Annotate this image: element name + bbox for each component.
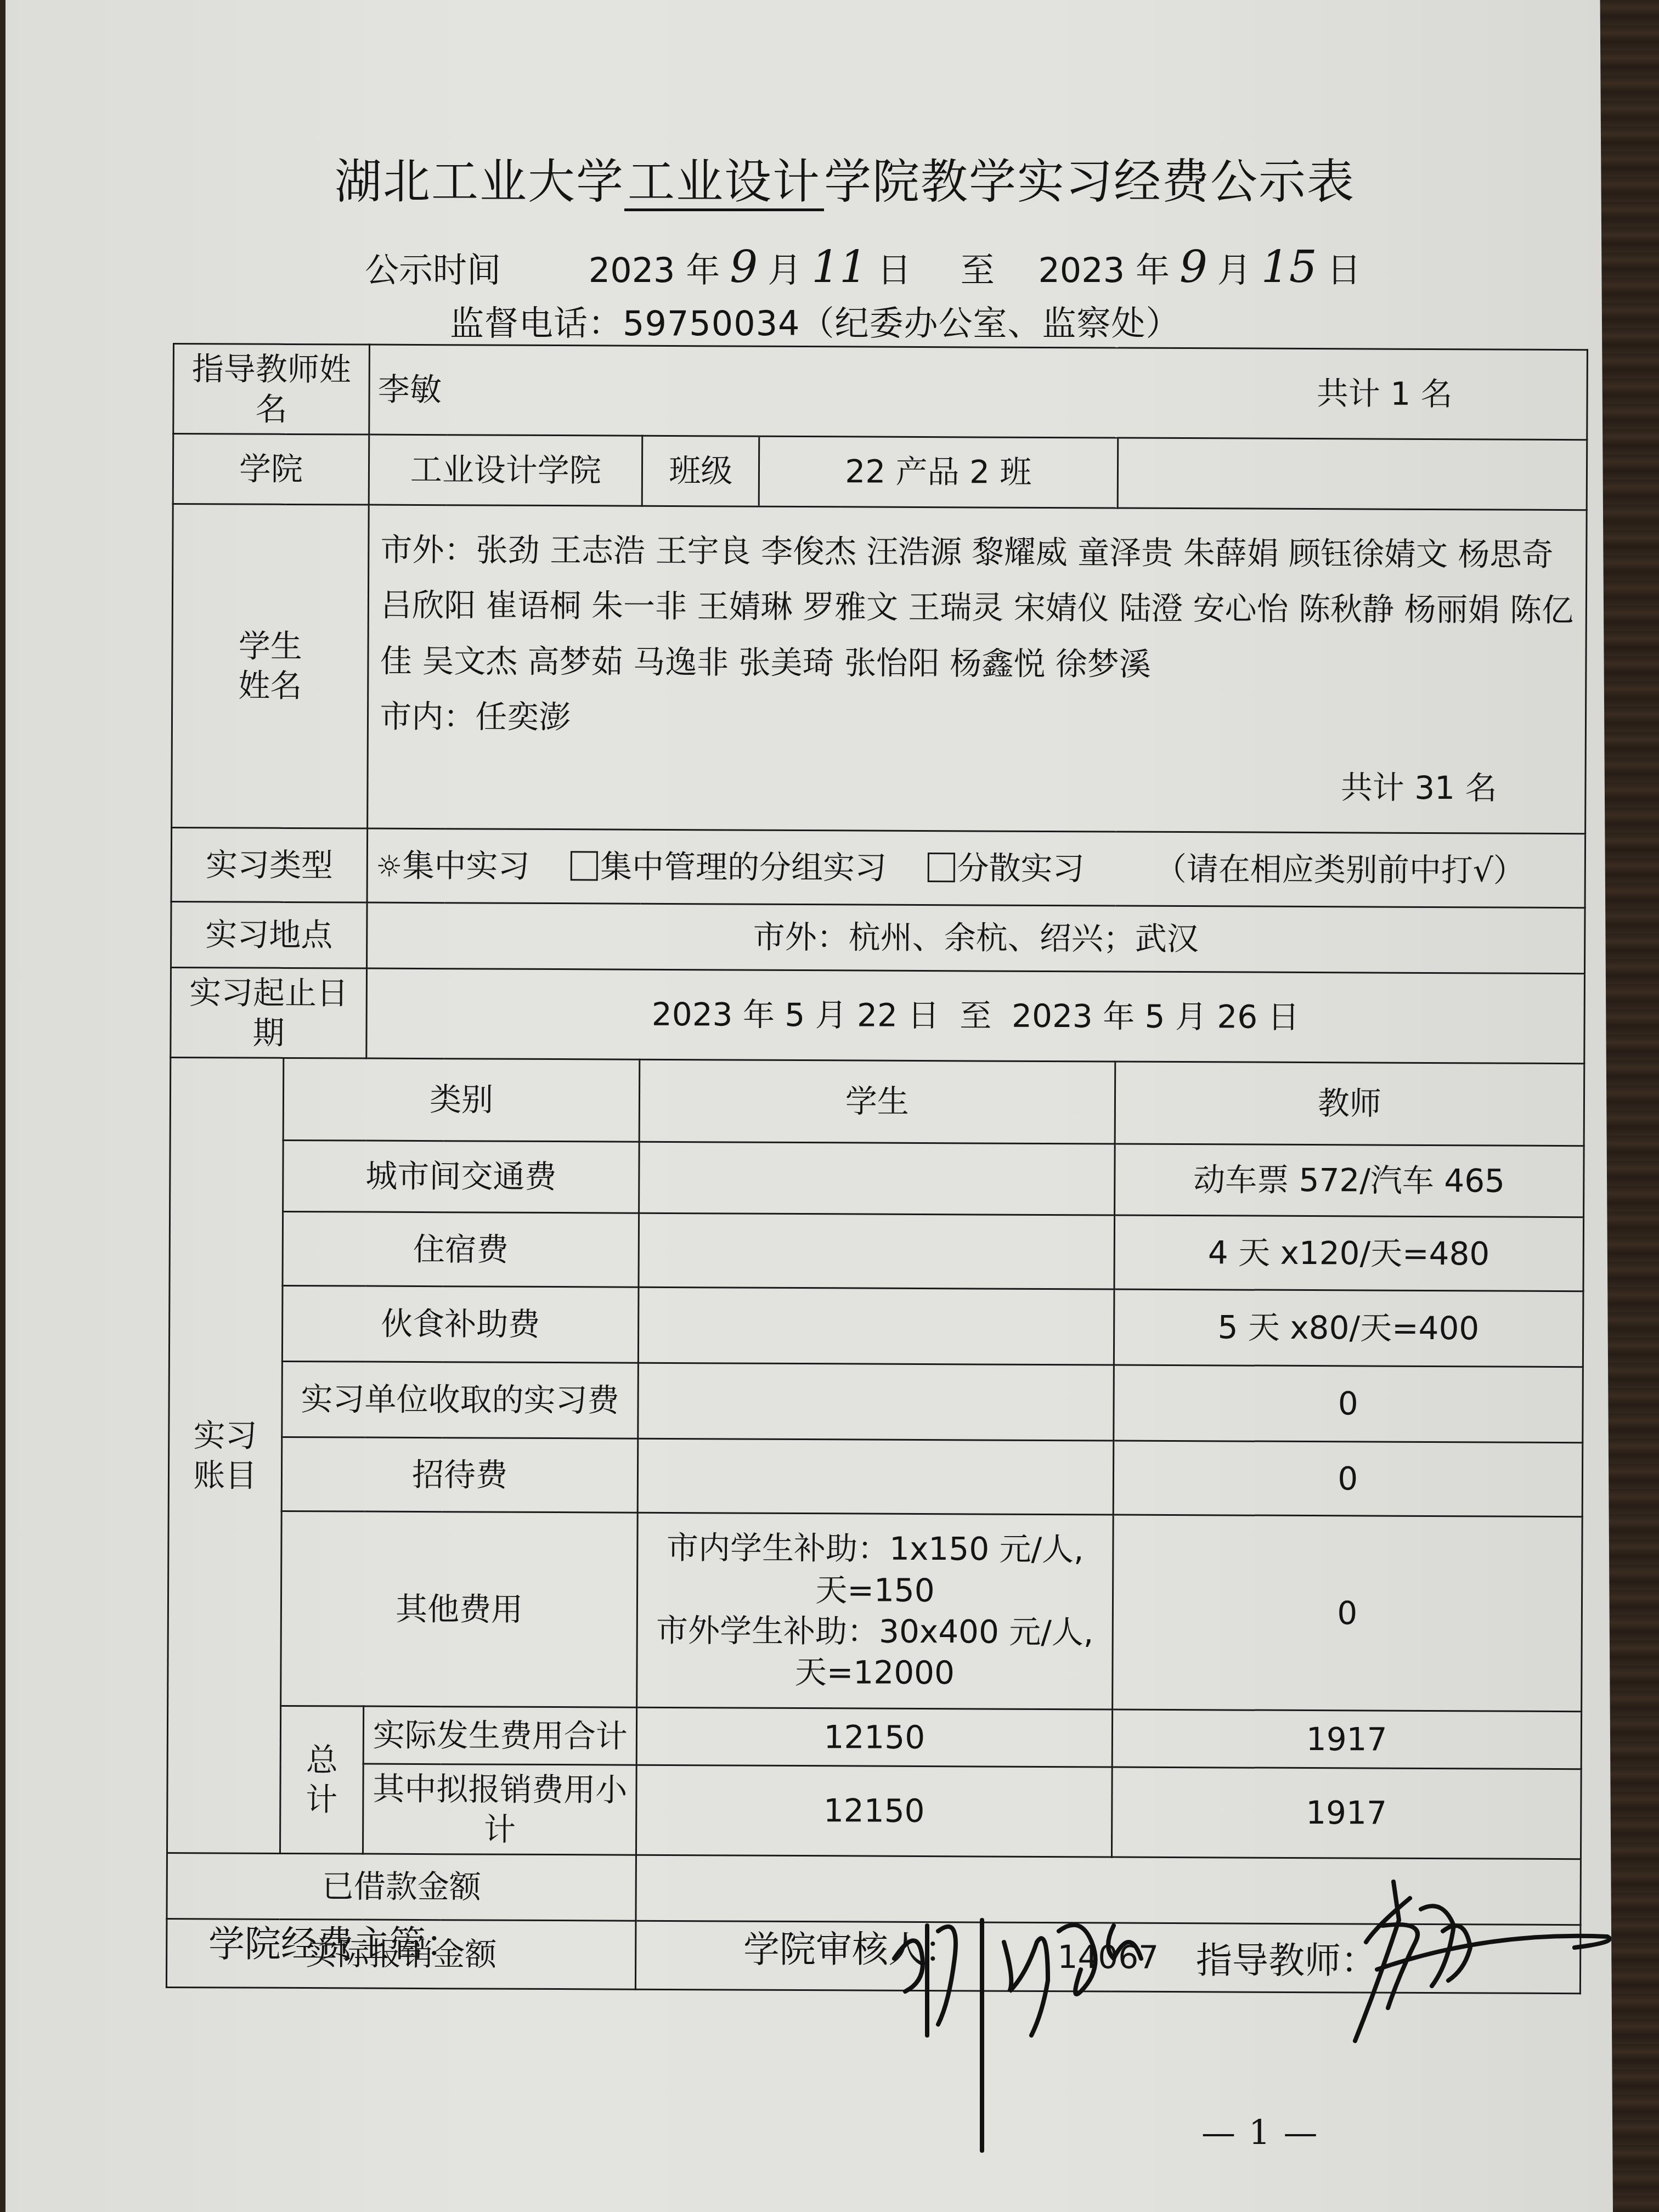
outside-city-prefix: 市外： [381,531,476,568]
class-label-text: 班级 [643,437,760,505]
account-student-value: 市内学生补助：1x150 元/人, 天=150 市外学生补助：30x400 元/… [637,1513,1113,1709]
account-teacher-value: 0 [1113,1441,1583,1517]
totals-label: 总 计 [280,1706,364,1854]
account-student-value [639,1213,1114,1289]
account-category: 招待费 [281,1437,638,1513]
expense-form-table: 指导教师姓名 李敏 共计 1 名 学院 工业设计学院 班级 22 产品 2 班 [166,343,1588,1994]
total-reimburse-student: 12150 [636,1765,1112,1857]
total-reimburse-row: 其中拟报销费用小计 12150 1917 [167,1763,1581,1859]
header-teacher: 教师 [1115,1062,1584,1146]
inside-city-names: 任奕澎 [475,698,571,736]
finance-supervisor-label: 学院经费主管： [208,1915,462,1967]
option-centralized[interactable]: ☼集中实习 [376,847,530,884]
dates-label: 实习起止日期 [171,967,367,1058]
account-row: 城市间交通费 动车票 572/汽车 465 [170,1139,1584,1217]
total-reimburse-label: 其中拟报销费用小计 [363,1764,637,1855]
internship-type-options: ☼集中实习 集中管理的分组实习 分散实习 （请在相应类别前中打√） [367,828,1585,908]
teacher-row: 指导教师姓名 李敏 共计 1 名 [173,344,1588,440]
inside-city-prefix: 市内： [380,698,475,736]
outside-city-students: 市外：张劲 王志浩 王宇良 李俊杰 汪浩源 黎耀威 童泽贵 朱薛娟 顾钰徐婧文 … [380,522,1575,694]
total-reimburse-teacher: 1917 [1111,1767,1581,1859]
publication-time: 公示时间 2023 年9月11日 至 2023 年9月15日 [365,241,1371,292]
totals-label-line1: 总 [289,1740,355,1780]
outside-city-names: 张劲 王志浩 王宇良 李俊杰 汪浩源 黎耀威 童泽贵 朱薛娟 顾钰徐婧文 杨思奇… [380,531,1574,682]
totals-label-line2: 计 [289,1780,355,1820]
other-outside-subsidy-line1: 市外学生补助：30x400 元/人, [646,1610,1104,1654]
account-row-other: 其他费用 市内学生补助：1x150 元/人, 天=150 市外学生补助：30x4… [168,1510,1583,1711]
students-label: 学生 姓名 [172,504,369,828]
advisor-signature-icon [1344,1876,1618,2052]
reviewer-signature-icon [883,1893,1190,2156]
teacher-value-cell: 李敏 共计 1 名 [369,345,1587,440]
class-value: 22 产品 2 班 [760,437,1117,507]
checkbox-icon [927,853,955,882]
account-student-value [639,1287,1114,1365]
account-row: 招待费 0 [168,1436,1583,1516]
document-title: 湖北工业大学工业设计学院教学实习经费公示表 [269,144,1421,212]
start-month-unit: 月 [768,250,802,290]
end-day-unit: 日 [1327,250,1361,290]
to-label: 至 [961,250,995,290]
account-category: 其他费用 [280,1511,637,1707]
option-group-managed[interactable]: 集中管理的分组实习 [571,848,887,887]
teacher-count: 共计 1 名 [1317,374,1453,414]
teacher-name: 李敏 [378,370,442,410]
publication-time-label: 公示时间 [365,250,501,290]
inside-city-students: 市内：任奕澎 [380,689,1574,750]
class-value-cont [1118,438,1587,510]
account-student-value [638,1363,1114,1441]
account-category: 城市间交通费 [283,1140,639,1213]
title-college-fill: 工业设计 [624,156,824,211]
internship-type-note: （请在相应类别前中打√） [1155,850,1525,889]
other-inside-subsidy-line1: 市内学生补助：1x150 元/人, [646,1527,1105,1571]
account-teacher-value: 0 [1112,1515,1582,1712]
header-student: 学生 [640,1059,1115,1144]
total-actual-label: 实际发生费用合计 [364,1706,637,1765]
accounts-label-line1: 实习 [177,1415,273,1455]
header-category: 类别 [283,1058,640,1142]
checkbox-icon [571,851,598,881]
end-month-handwritten: 9 [1180,241,1207,292]
students-count: 共计 31 名 [380,755,1574,816]
paper-sheet: 湖北工业大学工业设计学院教学实习经费公示表 公示时间 2023 年9月11日 至… [5,0,1613,2212]
start-day-handwritten: 11 [811,241,867,292]
option-scattered[interactable]: 分散实习 [927,849,1084,887]
class-label: 班级 22 产品 2 班 [642,436,1118,507]
college-row: 学院 工业设计学院 班级 22 产品 2 班 [173,434,1587,510]
location-row: 实习地点 市外：杭州、余杭、绍兴；武汉 [171,901,1585,973]
end-year: 2023 年 [1038,250,1170,290]
supervision-phone: 监督电话：59750034（纪委办公室、监察处） [450,296,1181,345]
college-label: 学院 [173,434,369,505]
total-actual-teacher: 1917 [1112,1709,1582,1769]
account-teacher-value: 0 [1113,1365,1583,1443]
internship-type-label: 实习类型 [171,827,368,902]
account-teacher-value: 5 天 x80/天=400 [1114,1289,1583,1367]
page-number: —1— [1201,2112,1330,2152]
end-month-unit: 月 [1217,250,1251,290]
start-month-handwritten: 9 [730,241,758,292]
dates-value: 2023 年 5 月 22 日 至 2023 年 5 月 26 日 [366,968,1584,1064]
accounts-section-label: 实习 账目 [167,1057,283,1853]
account-category: 伙食补助费 [282,1285,639,1363]
title-prefix: 湖北工业大学 [335,155,624,210]
borrowed-label: 已借款金额 [167,1853,636,1921]
location-label: 实习地点 [171,901,368,968]
option-group-managed-label: 集中管理的分组实习 [600,848,887,886]
other-inside-subsidy-line2: 天=150 [646,1568,1104,1612]
college-value: 工业设计学院 [369,435,643,506]
account-teacher-value: 动车票 572/汽车 465 [1114,1144,1584,1217]
sun-mark-icon: ☼ [376,849,403,883]
account-category: 住宿费 [283,1211,639,1287]
internship-type-row: 实习类型 ☼集中实习 集中管理的分组实习 分散实习 （请在相应类别前中打√） [171,827,1585,907]
total-actual-student: 12150 [637,1707,1113,1767]
account-row: 伙食补助费 5 天 x80/天=400 [169,1285,1583,1367]
location-value: 市外：杭州、余杭、绍兴；武汉 [367,902,1585,974]
start-day-unit: 日 [877,250,911,290]
accounts-header-row: 实习 账目 类别 学生 教师 [170,1057,1584,1145]
account-row: 住宿费 4 天 x120/天=480 [170,1211,1584,1291]
account-student-value [639,1142,1115,1215]
account-row: 实习单位收取的实习费 0 [169,1361,1583,1442]
other-outside-subsidy-line2: 天=12000 [646,1651,1104,1695]
students-row: 学生 姓名 市外：张劲 王志浩 王宇良 李俊杰 汪浩源 黎耀威 童泽贵 朱薛娟 … [172,504,1587,834]
total-actual-row: 总 计 实际发生费用合计 12150 1917 [167,1705,1581,1769]
students-list-cell: 市外：张劲 王志浩 王宇良 李俊杰 汪浩源 黎耀威 童泽贵 朱薛娟 顾钰徐婧文 … [368,505,1587,834]
option-centralized-label: 集中实习 [402,847,529,885]
teacher-label: 指导教师姓名 [173,344,370,435]
title-suffix: 学院教学实习经费公示表 [824,155,1355,210]
account-student-value [638,1438,1114,1515]
account-category: 实习单位收取的实习费 [282,1361,639,1438]
option-scattered-label: 分散实习 [957,849,1084,887]
account-teacher-value: 4 天 x120/天=480 [1114,1215,1584,1291]
students-label-line2: 姓名 [180,665,360,706]
accounts-label-line2: 账目 [177,1455,273,1496]
start-year: 2023 年 [589,250,720,290]
students-label-line1: 学生 [180,626,360,667]
end-day-handwritten: 15 [1261,241,1317,292]
dates-row: 实习起止日期 2023 年 5 月 22 日 至 2023 年 5 月 26 日 [171,967,1585,1063]
